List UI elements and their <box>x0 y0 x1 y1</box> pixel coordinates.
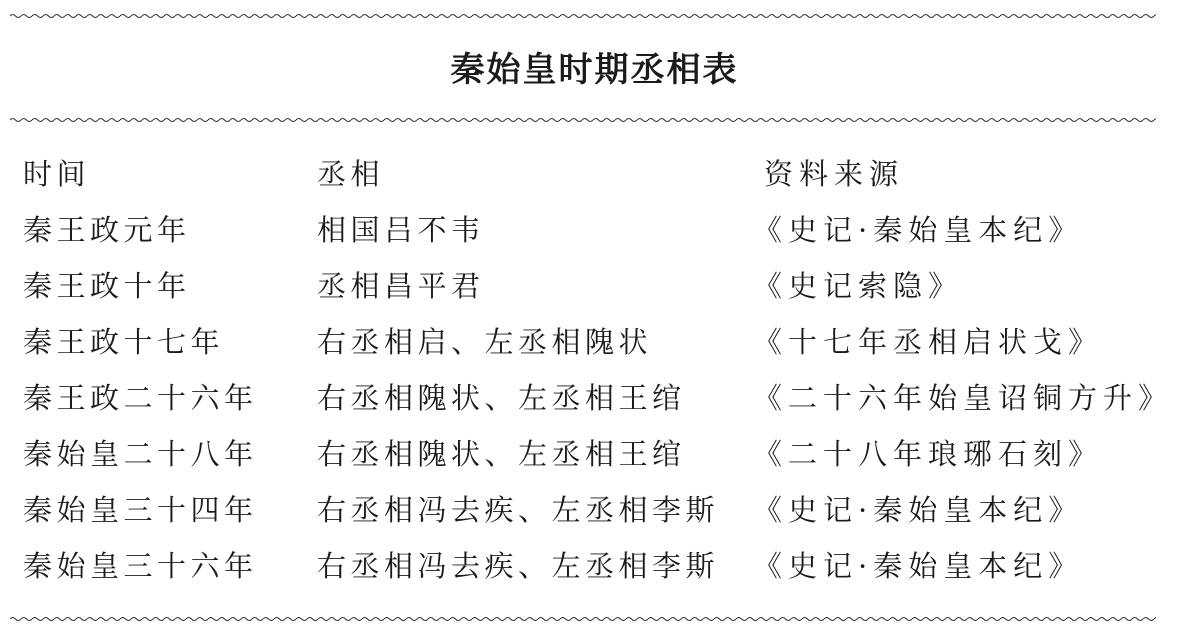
table-row: 秦王政元年 相国吕不韦 《史记·秦始皇本纪》 <box>0 202 1177 258</box>
table-header-row: 时间 丞相 资料来源 <box>0 146 1177 202</box>
cell-time: 秦王政十七年 <box>23 314 224 370</box>
bottom-wavy-rule <box>10 615 1156 623</box>
cell-chancellor: 右丞相冯去疾、左丞相李斯 <box>317 538 719 594</box>
cell-source: 《史记·秦始皇本纪》 <box>753 538 1083 594</box>
cell-time: 秦王政元年 <box>23 202 191 258</box>
table-row: 秦始皇二十八年 右丞相隗状、左丞相王绾 《二十八年琅琊石刻》 <box>0 426 1177 482</box>
cell-source: 《二十六年始皇诏铜方升》 <box>753 370 1173 426</box>
header-chancellor: 丞相 <box>317 146 384 202</box>
table-row: 秦始皇三十六年 右丞相冯去疾、左丞相李斯 《史记·秦始皇本纪》 <box>0 538 1177 594</box>
wavy-line-icon <box>10 116 1156 124</box>
cell-chancellor: 右丞相启、左丞相隗状 <box>317 314 652 370</box>
top-wavy-rule <box>10 12 1156 20</box>
cell-time: 秦始皇二十八年 <box>23 426 258 482</box>
header-time: 时间 <box>23 146 90 202</box>
page-title: 秦始皇时期丞相表 <box>0 46 1177 94</box>
table-row: 秦王政十年 丞相昌平君 《史记索隐》 <box>0 258 1177 314</box>
cell-source: 《十七年丞相启状戈》 <box>753 314 1103 370</box>
cell-source: 《史记·秦始皇本纪》 <box>753 202 1083 258</box>
cell-chancellor: 右丞相隗状、左丞相王绾 <box>317 370 686 426</box>
cell-chancellor: 右丞相冯去疾、左丞相李斯 <box>317 482 719 538</box>
title-wavy-rule <box>10 116 1156 124</box>
cell-time: 秦始皇三十四年 <box>23 482 258 538</box>
header-source: 资料来源 <box>764 146 904 202</box>
table-row: 秦王政十七年 右丞相启、左丞相隗状 《十七年丞相启状戈》 <box>0 314 1177 370</box>
cell-source: 《二十八年琅琊石刻》 <box>753 426 1103 482</box>
cell-time: 秦王政二十六年 <box>23 370 258 426</box>
wavy-line-icon <box>10 12 1156 20</box>
cell-chancellor: 丞相昌平君 <box>317 258 485 314</box>
cell-source: 《史记索隐》 <box>753 258 963 314</box>
cell-time: 秦王政十年 <box>23 258 191 314</box>
table-row: 秦始皇三十四年 右丞相冯去疾、左丞相李斯 《史记·秦始皇本纪》 <box>0 482 1177 538</box>
table-row: 秦王政二十六年 右丞相隗状、左丞相王绾 《二十六年始皇诏铜方升》 <box>0 370 1177 426</box>
cell-time: 秦始皇三十六年 <box>23 538 258 594</box>
chancellor-table: 时间 丞相 资料来源 秦王政元年 相国吕不韦 《史记·秦始皇本纪》 秦王政十年 … <box>0 146 1177 594</box>
cell-chancellor: 相国吕不韦 <box>317 202 485 258</box>
cell-chancellor: 右丞相隗状、左丞相王绾 <box>317 426 686 482</box>
cell-source: 《史记·秦始皇本纪》 <box>753 482 1083 538</box>
wavy-line-icon <box>10 615 1156 623</box>
